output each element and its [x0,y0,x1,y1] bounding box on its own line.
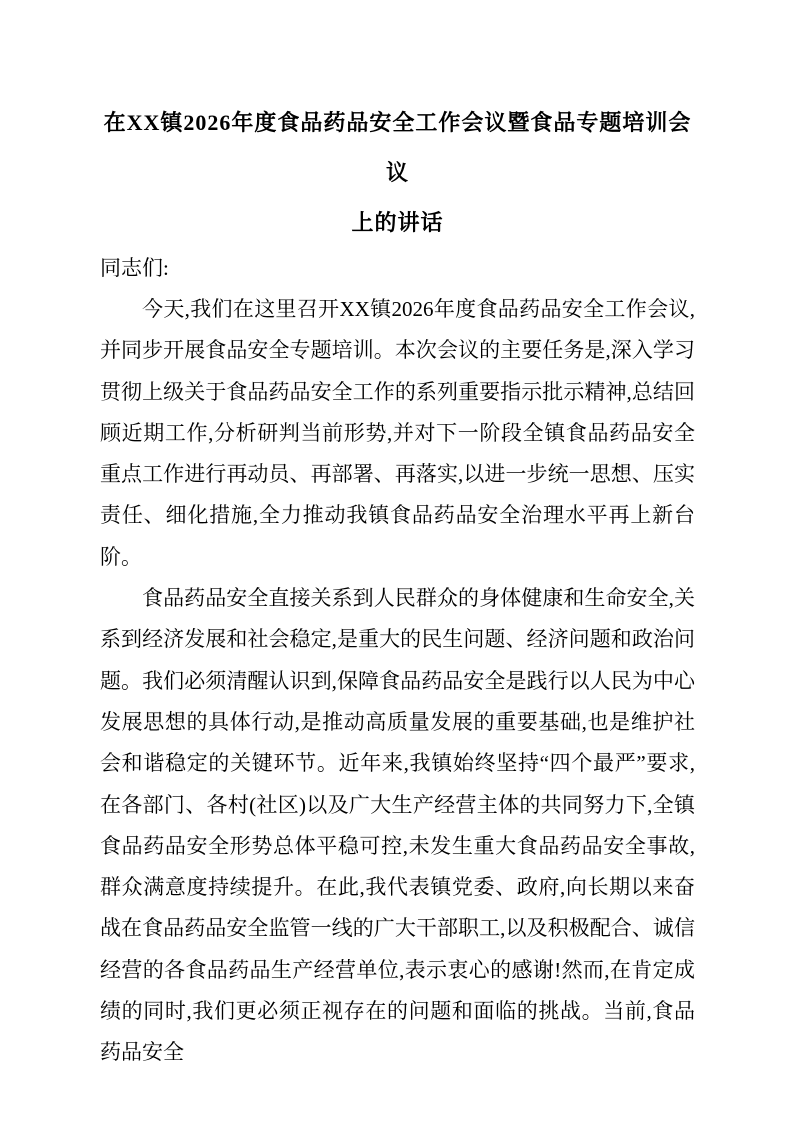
document-page: 在XX镇2026年度食品药品安全工作会议暨食品专题培训会议 上的讲话 同志们: … [0,0,793,1122]
salutation: 同志们: [100,248,695,289]
paragraph-2: 食品药品安全直接关系到人民群众的身体健康和生命安全,关系到经济发展和社会稳定,是… [100,578,695,1074]
title-line-1: 在XX镇2026年度食品药品安全工作会议暨食品专题培训会议 [100,98,695,198]
paragraph-1: 今天,我们在这里召开XX镇2026年度食品药品安全工作会议,并同步开展食品安全专… [100,289,695,578]
title-line-2: 上的讲话 [100,198,695,248]
document-title: 在XX镇2026年度食品药品安全工作会议暨食品专题培训会议 上的讲话 [100,98,695,248]
